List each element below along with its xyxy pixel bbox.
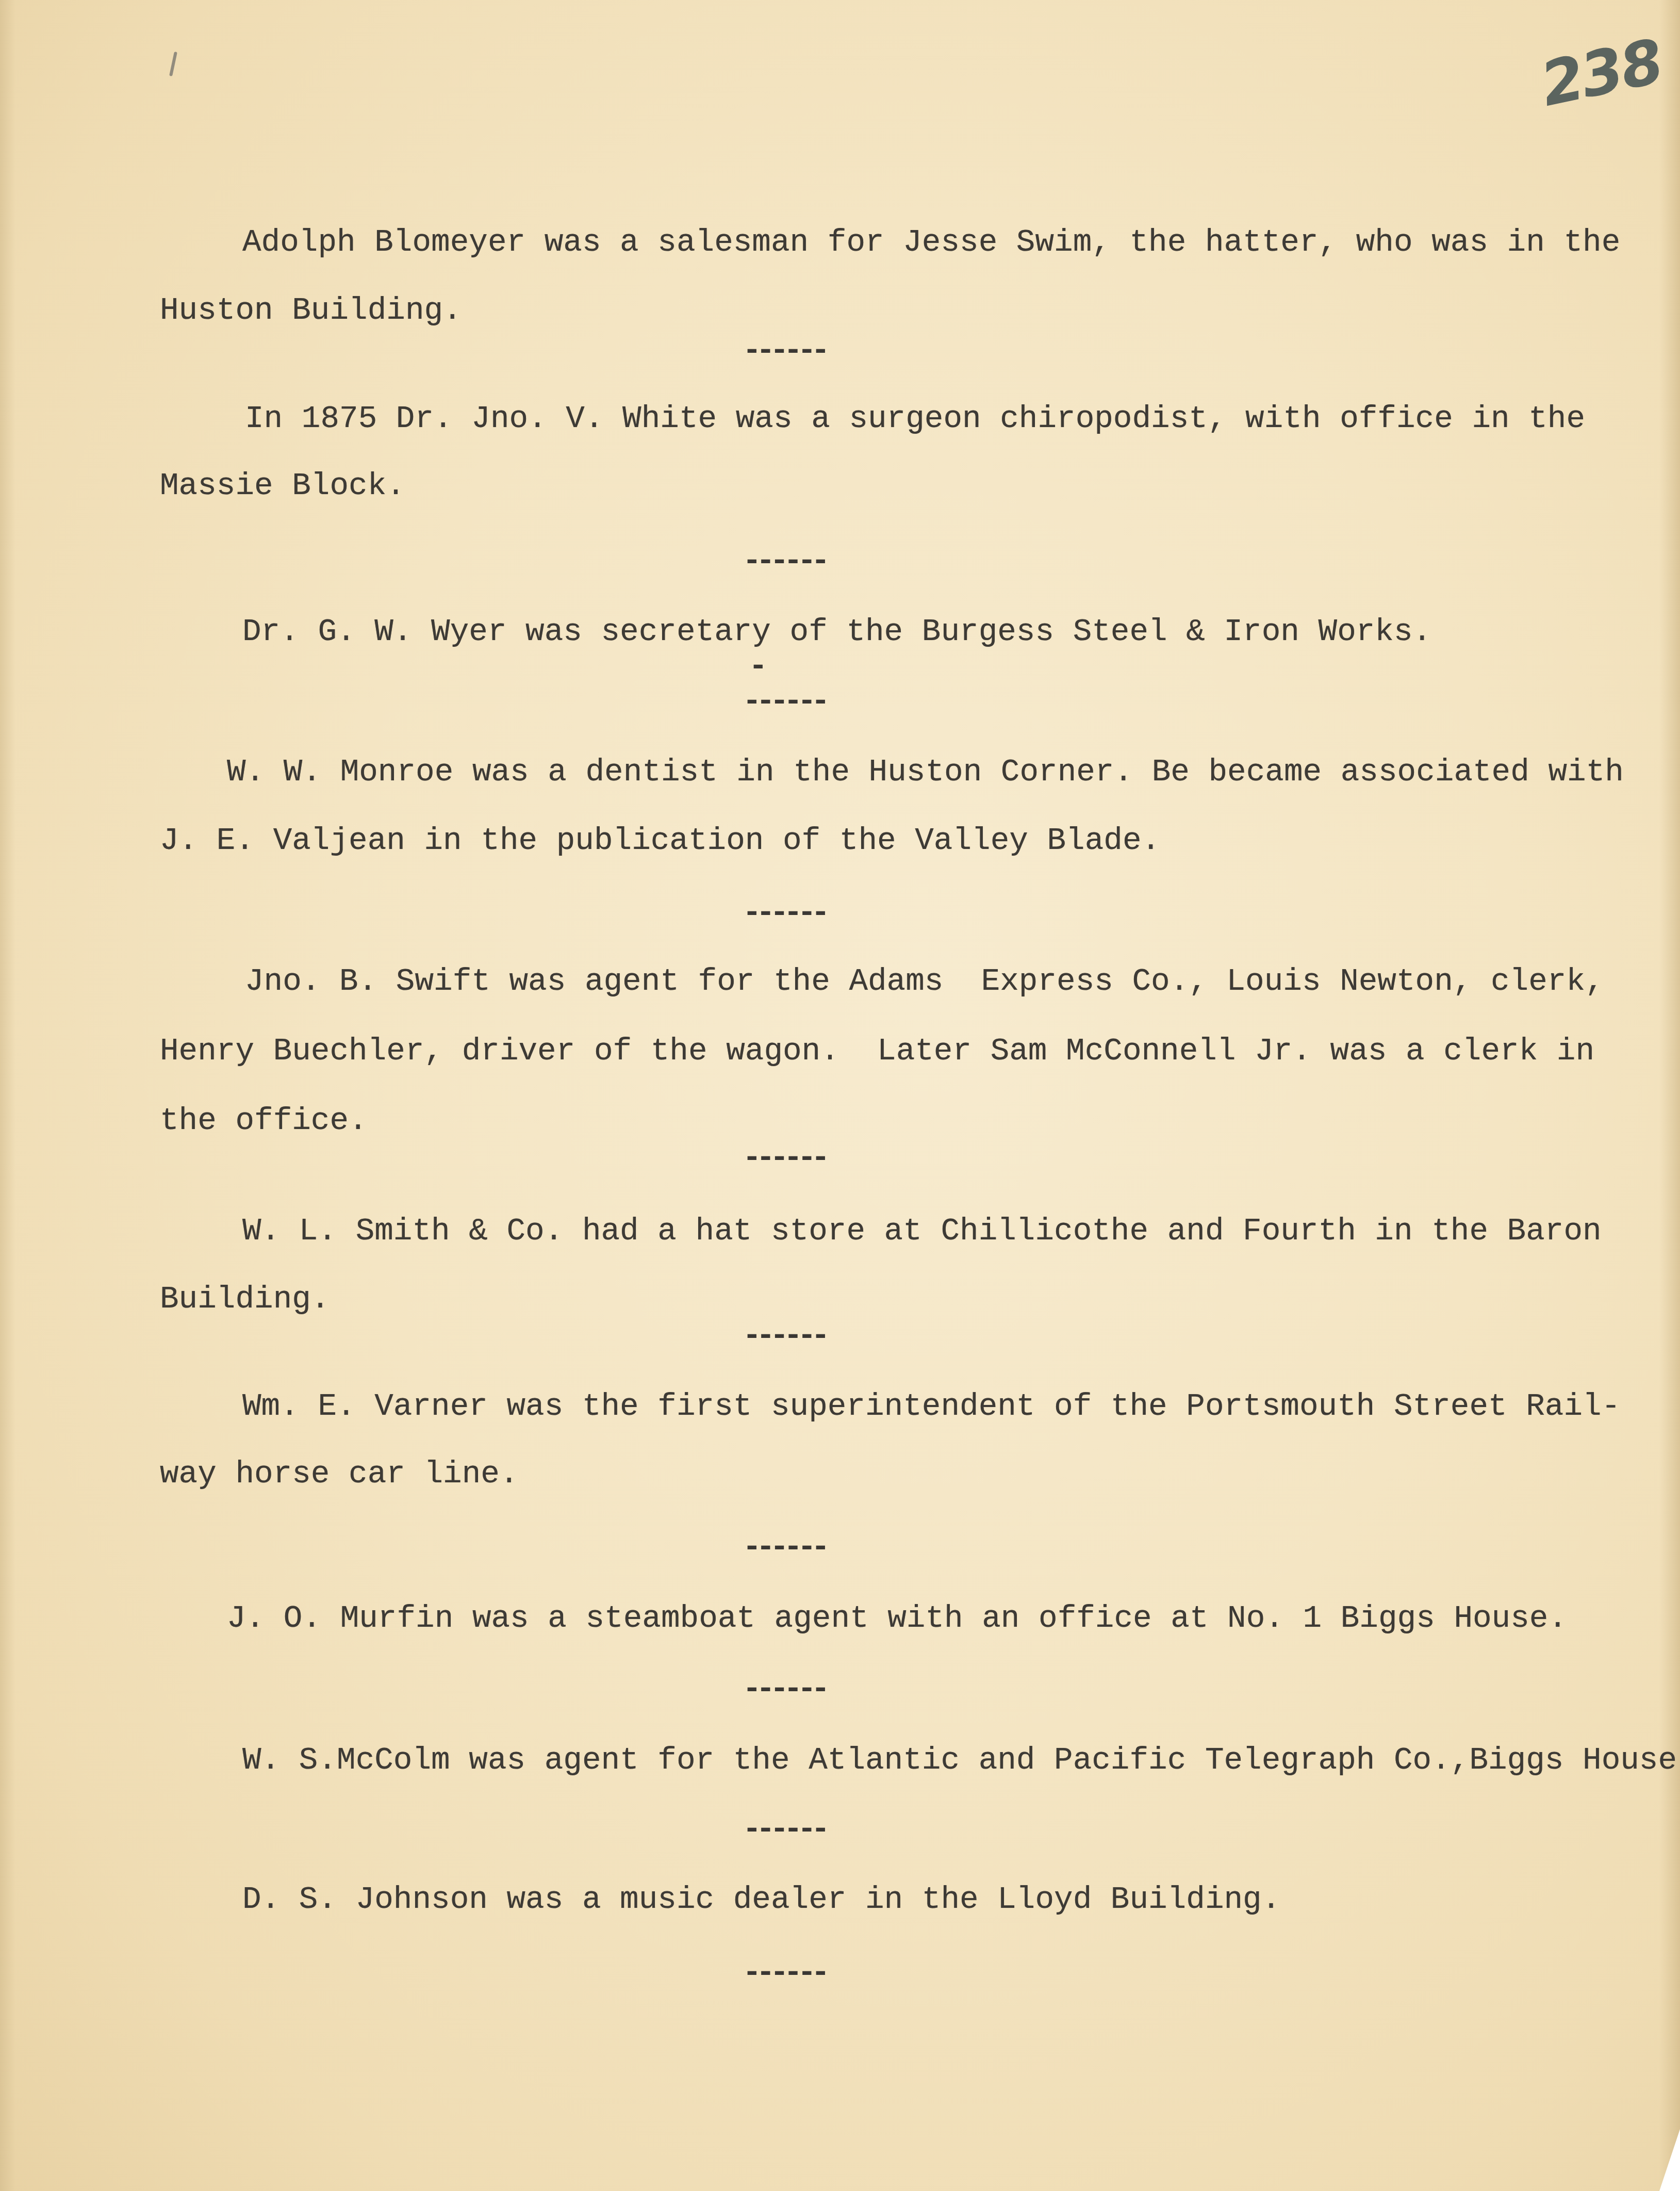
paragraph-1-line-2: Huston Building. bbox=[160, 295, 462, 326]
paragraph-4-line-1: W. W. Monroe was a dentist in the Huston… bbox=[227, 757, 1624, 788]
paper-edge-left bbox=[0, 0, 15, 2191]
section-divider: ------ bbox=[743, 1532, 825, 1563]
section-divider: ------ bbox=[743, 1320, 825, 1352]
handwritten-page-number: 238 bbox=[1535, 25, 1668, 120]
paragraph-5-line-1: Jno. B. Swift was agent for the Adams Ex… bbox=[245, 966, 1604, 998]
paragraph-5-line-3: the office. bbox=[160, 1105, 368, 1137]
section-divider: ------ bbox=[743, 1957, 825, 1989]
pencil-mark bbox=[169, 52, 177, 76]
paragraph-7-line-1: Wm. E. Varner was the first superintende… bbox=[242, 1391, 1620, 1422]
paragraph-2-line-2: Massie Block. bbox=[160, 470, 405, 502]
section-divider: ------ bbox=[743, 1142, 825, 1174]
paragraph-3-line-1: Dr. G. W. Wyer was secretary of the Burg… bbox=[242, 616, 1431, 648]
section-divider: ------ bbox=[743, 1674, 825, 1705]
paper-edge-right bbox=[1659, 0, 1680, 2191]
section-divider: ------ bbox=[743, 686, 825, 717]
paragraph-7-line-2: way horse car line. bbox=[160, 1459, 519, 1490]
paragraph-2-line-1: In 1875 Dr. Jno. V. White was a surgeon … bbox=[245, 403, 1585, 435]
document-page: 238 Adolph Blomeyer was a salesman for J… bbox=[0, 0, 1680, 2191]
section-divider: ------ bbox=[743, 335, 825, 367]
paragraph-6-line-1: W. L. Smith & Co. had a hat store at Chi… bbox=[242, 1216, 1602, 1247]
paragraph-5-line-2: Henry Buechler, driver of the wagon. Lat… bbox=[160, 1036, 1594, 1067]
paragraph-1-line-1: Adolph Blomeyer was a salesman for Jesse… bbox=[242, 227, 1620, 258]
section-divider: ------ bbox=[743, 897, 825, 929]
paragraph-6-line-2: Building. bbox=[160, 1284, 330, 1315]
paragraph-4-line-2: J. E. Valjean in the publication of the … bbox=[160, 825, 1160, 857]
paragraph-10-line-1: D. S. Johnson was a music dealer in the … bbox=[242, 1884, 1280, 1916]
paragraph-8-line-1: J. O. Murfin was a steamboat agent with … bbox=[227, 1603, 1567, 1634]
section-divider: ------ bbox=[743, 1814, 825, 1845]
stray-dash: - bbox=[749, 651, 768, 682]
section-divider: ------ bbox=[743, 546, 825, 577]
paper-corner bbox=[1659, 2129, 1680, 2191]
paragraph-9-line-1: W. S.McColm was agent for the Atlantic a… bbox=[242, 1745, 1680, 1776]
